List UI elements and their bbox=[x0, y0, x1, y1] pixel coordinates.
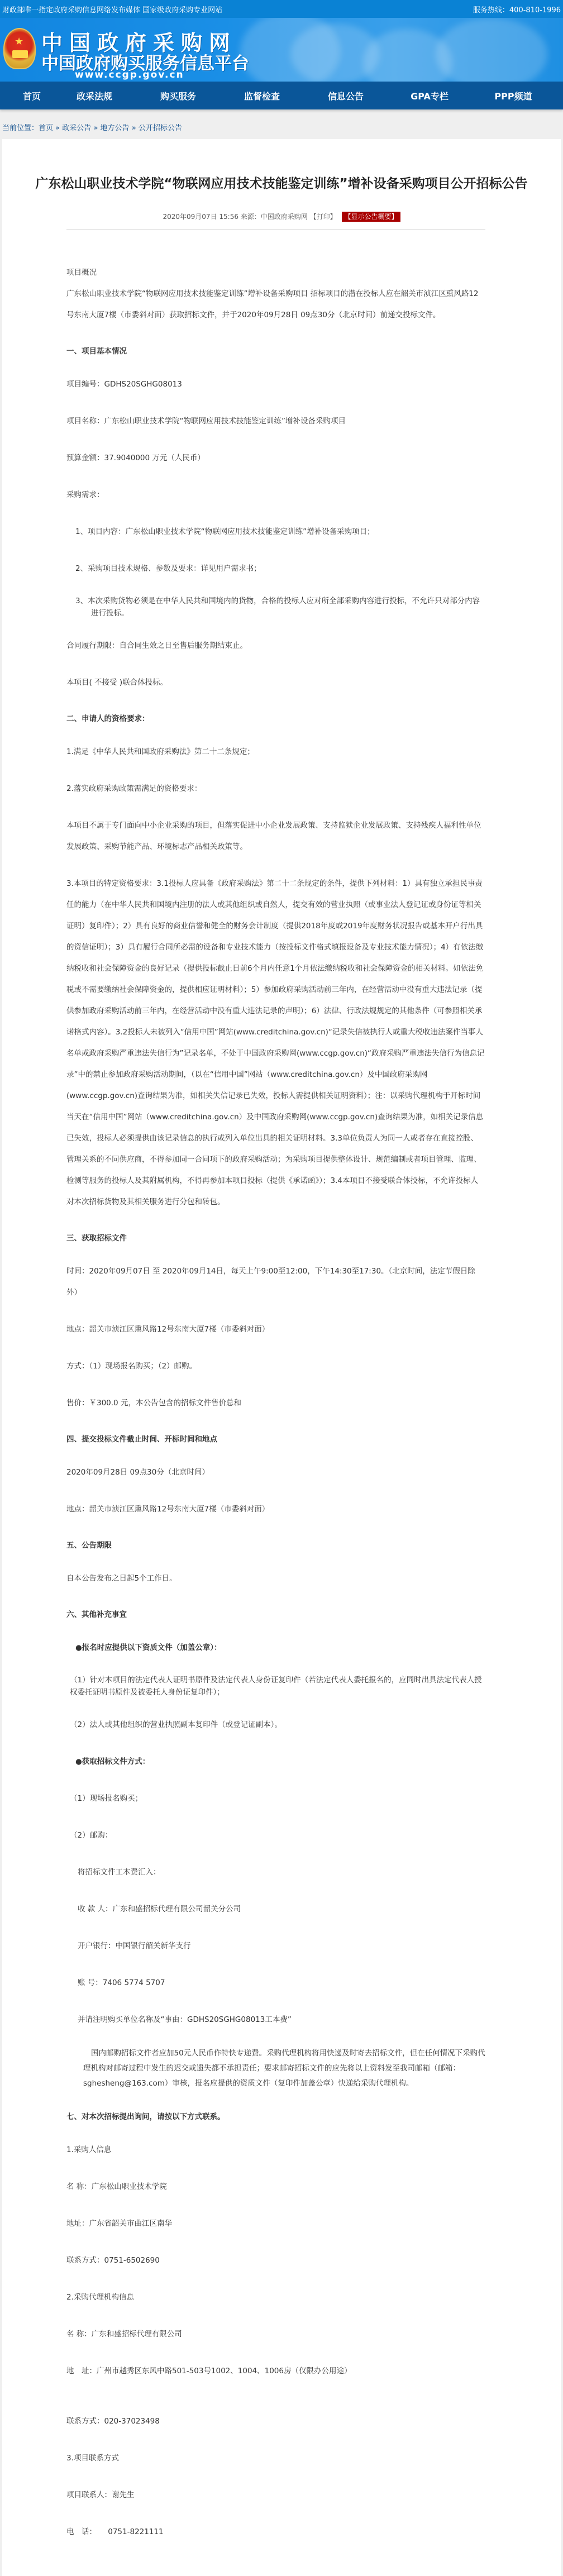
logo-url: www.ccgp.gov.cn bbox=[75, 69, 184, 80]
deadline-time: 2020年09月28日 09点30分（北京时间） bbox=[66, 1462, 485, 1483]
notice-period: 自本公告发布之日起5个工作日。 bbox=[66, 1568, 485, 1589]
nav-home[interactable]: 首页 bbox=[11, 89, 53, 102]
section-heading: 三、获取招标文件 bbox=[66, 1232, 485, 1245]
bullet-heading: ●报名时应提供以下资质文件（加盖公章）： bbox=[66, 1637, 485, 1658]
buyer-heading: 1.采购人信息 bbox=[66, 2139, 485, 2160]
mail-order-text: 国内邮购招标文件者应加50元人民币作特快专递费。采购代理机构将用快递及时寄去招标… bbox=[66, 2046, 485, 2091]
breadcrumb-home[interactable]: 首页 bbox=[39, 124, 53, 132]
article-source: 来源：中国政府采购网 bbox=[241, 213, 308, 221]
publish-date: 2020年09月07日 15:56 bbox=[163, 213, 238, 221]
consortium-note: 本项目( 不接受 )联合体投标。 bbox=[66, 672, 485, 693]
section-heading: 一、项目基本情况 bbox=[66, 345, 485, 358]
article-title: 广东松山职业技术学院“物联网应用技术技能鉴定训练”增补设备采购项目公开招标公告 bbox=[2, 173, 561, 195]
remit-label: 将招标文件工本费汇入： bbox=[66, 1862, 485, 1883]
qualification-doc: （1）针对本项目的法定代表人证明书原件及法定代表人身份证复印件（若法定代表人委托… bbox=[66, 1674, 485, 1699]
project-contact-phone: 电 话： 0751-8221111 bbox=[66, 2521, 485, 2542]
buyer-contact: 联系方式：0751-6502690 bbox=[66, 2250, 485, 2271]
overview-heading: 项目概况 bbox=[66, 262, 485, 283]
nav-supervision[interactable]: 监督检查 bbox=[220, 89, 304, 102]
demand-item: 2、采购项目技术规格、参数及要求：详见用户需求书； bbox=[66, 558, 485, 579]
agent-name: 名 称：广东和盛招标代理有限公司 bbox=[66, 2324, 485, 2345]
overview-text: 广东松山职业技术学院“物联网应用技术技能鉴定训练”增补设备采购项目 招标项目的潜… bbox=[66, 283, 485, 326]
requirement-2: 2.落实政府采购政策需满足的资格要求： bbox=[66, 778, 485, 799]
project-contact-heading: 3.项目联系方式 bbox=[66, 2448, 485, 2469]
breadcrumb: 当前位置：首页 » 政采公告 » 地方公告 » 公开招标公告 bbox=[0, 109, 563, 139]
agent-heading: 2.采购代理机构信息 bbox=[66, 2287, 485, 2308]
breadcrumb-tender[interactable]: 公开招标公告 bbox=[139, 124, 182, 132]
section-heading: 六、其他补充事宜 bbox=[66, 1608, 485, 1621]
section-heading: 四、提交投标文件截止时间、开标时间和地点 bbox=[66, 1433, 485, 1446]
obtain-place: 地点：韶关市浈江区熏风路12号东南大厦7楼（市委斜对面） bbox=[66, 1319, 485, 1340]
print-button[interactable]: 【打印】 bbox=[310, 213, 337, 221]
qualification-doc: （2）法人或其他组织的营业执照副本复印件（或登记证副本）。 bbox=[66, 1714, 485, 1735]
nav-purchase-services[interactable]: 购买服务 bbox=[136, 89, 220, 102]
obtain-way: （1）现场报名购买； bbox=[66, 1788, 485, 1809]
requirement-3: 3.本项目的特定资格要求：3.1投标人应具备《政府采购法》第二十二条规定的条件，… bbox=[66, 873, 485, 1213]
article-meta: 2020年09月07日 15:56 来源：中国政府采购网 【打印】 【显示公告概… bbox=[2, 212, 561, 221]
obtain-way: （2）邮购： bbox=[66, 1825, 485, 1846]
breadcrumb-announcements[interactable]: 政采公告 bbox=[62, 124, 91, 132]
nav-gpa[interactable]: GPA专栏 bbox=[388, 89, 471, 102]
bank: 开户银行：中国银行韶关新华支行 bbox=[66, 1935, 485, 1957]
main-nav: 首页 政采法规 购买服务 监督检查 信息公告 GPA专栏 PPP频道 bbox=[0, 82, 563, 109]
budget-amount: 预算金额：37.9040000 万元（人民币） bbox=[66, 447, 485, 469]
bullet-heading: ●获取招标文件方式： bbox=[66, 1751, 485, 1772]
buyer-address: 地址：广东省韶关市曲江区南华 bbox=[66, 2213, 485, 2234]
obtain-time: 时间：2020年09月07日 至 2020年09月14日，每天上午9:00至12… bbox=[66, 1261, 485, 1303]
requirement-1: 1.满足《中华人民共和国政府采购法》第二十二条规定； bbox=[66, 741, 485, 762]
section-heading: 七、对本次招标提出询问，请按以下方式联系。 bbox=[66, 2110, 485, 2124]
obtain-method: 方式：（1）现场报名购买；（2）邮购。 bbox=[66, 1356, 485, 1377]
nav-regulations[interactable]: 政采法规 bbox=[53, 89, 136, 102]
breadcrumb-separator: » bbox=[55, 124, 60, 132]
section-heading: 五、公告期限 bbox=[66, 1539, 485, 1552]
show-summary-button[interactable]: 【显示公告概要】 bbox=[342, 212, 400, 222]
article-body: 项目概况 广东松山职业技术学院“物联网应用技术技能鉴定训练”增补设备采购项目 招… bbox=[2, 230, 561, 2542]
service-hotline: 服务热线：400-810-1996 bbox=[473, 4, 561, 15]
section-heading: 二、申请人的资格要求： bbox=[66, 712, 485, 726]
breadcrumb-separator: » bbox=[93, 124, 98, 132]
breadcrumb-prefix: 当前位置： bbox=[2, 124, 39, 132]
demand-label: 采购需求： bbox=[66, 484, 485, 505]
payee: 收 款 人：广东和盛招标代理有限公司韶关分公司 bbox=[66, 1898, 485, 1920]
account-number: 账 号：7406 5774 5707 bbox=[66, 1972, 485, 1993]
site-banner: ★ 中国政府采购网 中国政府购买服务信息平台 www.ccgp.gov.cn bbox=[0, 18, 563, 82]
project-number: 项目编号：GDHS20SGHG08013 bbox=[66, 374, 485, 395]
policy-text: 本项目不属于专门面向中小企业采购的项目，但落实促进中小企业发展政策、支持监狱企业… bbox=[66, 815, 485, 857]
remit-note: 并请注明购买单位名称及“事由：GDHS20SGHG08013工本费” bbox=[66, 2009, 485, 2030]
demand-item: 1、项目内容：广东松山职业技术学院“物联网应用技术技能鉴定训练”增补设备采购项目… bbox=[66, 521, 485, 542]
national-emblem-icon: ★ bbox=[3, 28, 36, 69]
nav-announcements[interactable]: 信息公告 bbox=[304, 89, 388, 102]
opening-place: 地点：韶关市浈江区熏风路12号东南大厦7楼（市委斜对面） bbox=[66, 1499, 485, 1520]
project-name: 项目名称：广东松山职业技术学院“物联网应用技术技能鉴定训练”增补设备采购项目 bbox=[66, 411, 485, 432]
breadcrumb-separator: » bbox=[132, 124, 136, 132]
nav-ppp[interactable]: PPP频道 bbox=[471, 89, 555, 102]
buyer-name: 名 称：广东松山职业技术学院 bbox=[66, 2176, 485, 2197]
demand-item: 3、本次采购货物必须是在中华人民共和国境内的货物，合格的投标人应对所全部采购内容… bbox=[66, 595, 485, 619]
project-contact-person: 项目联系人：谢先生 bbox=[66, 2484, 485, 2506]
top-bar: 财政部唯一指定政府采购信息网络发布媒体 国家级政府采购专业网站 服务热线：400… bbox=[0, 0, 563, 18]
breadcrumb-local[interactable]: 地方公告 bbox=[101, 124, 130, 132]
agent-address: 地 址：广州市越秀区东风中路501-503号1002、1004、1006房（仅限… bbox=[66, 2360, 485, 2382]
article-card: 广东松山职业技术学院“物联网应用技术技能鉴定训练”增补设备采购项目公开招标公告 … bbox=[2, 139, 561, 2576]
agent-contact: 联系方式：020-37023498 bbox=[66, 2411, 485, 2432]
document-price: 售价：￥300.0 元，本公告包含的招标文件售价总和 bbox=[66, 1392, 485, 1414]
contract-period: 合同履行期限：自合同生效之日至售后服务期结束止。 bbox=[66, 635, 485, 656]
site-slogan: 财政部唯一指定政府采购信息网络发布媒体 国家级政府采购专业网站 bbox=[2, 4, 222, 15]
